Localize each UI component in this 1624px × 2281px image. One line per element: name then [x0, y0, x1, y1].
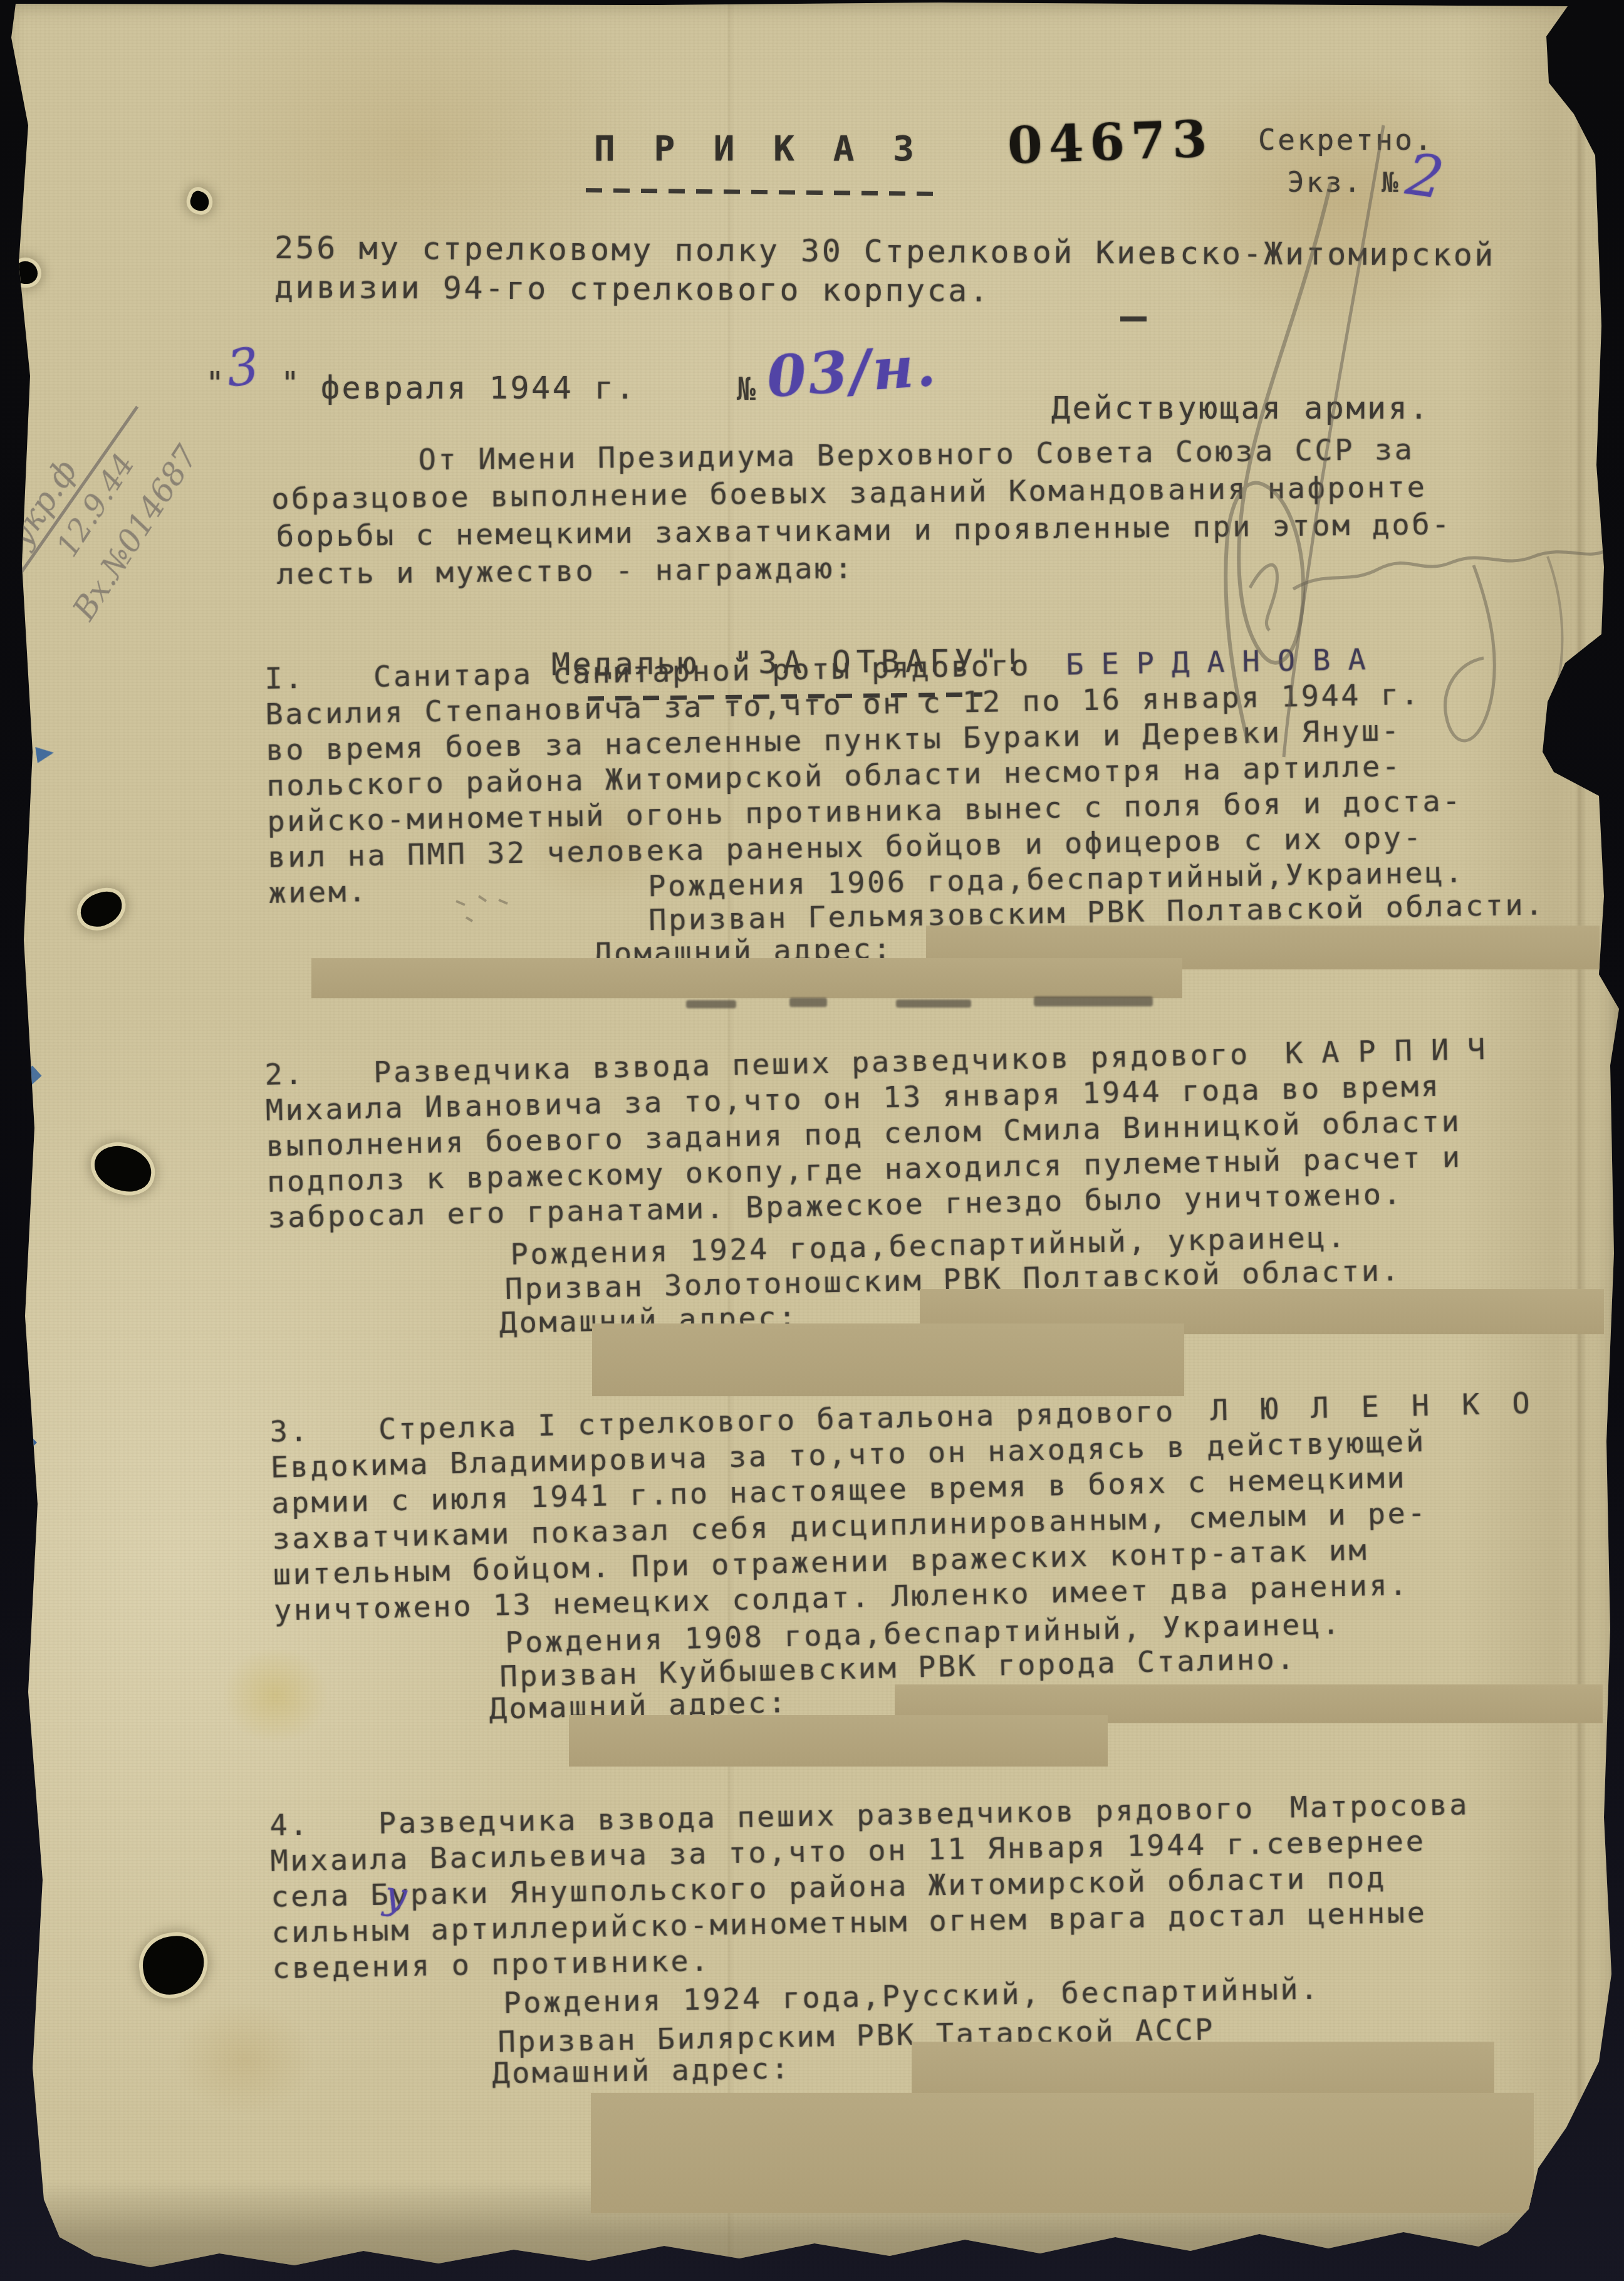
- order-number-handwritten: 03/н.: [765, 333, 940, 411]
- copy-number-handwritten: 2: [1402, 140, 1450, 212]
- item-4-number: 4.: [269, 1808, 310, 1843]
- item-1-number: I.: [264, 661, 305, 696]
- item-1-name: БЕРДАНОВА: [1066, 642, 1384, 682]
- item-2-gap: [304, 1082, 373, 1083]
- date-rest: февраля 1944 г.: [321, 370, 637, 406]
- item-3-name: ЛЮЛЕНКО: [1210, 1386, 1563, 1428]
- blue-diamond-mark: [16, 1432, 37, 1453]
- punch-hole: [15, 261, 38, 284]
- redaction-block: [591, 2093, 1534, 2213]
- item-4-name: Матросова: [1289, 1787, 1469, 1825]
- pencil-signature: [1548, 556, 1562, 684]
- title-underline: [586, 188, 937, 196]
- smudge-mark: [896, 1000, 971, 1008]
- item-2: 2.Разведчика взвода пеших разведчиков ря…: [0, 1030, 1623, 1063]
- pencil-signature: [1250, 565, 1277, 630]
- item-4-body-line: сведения о противнике.: [272, 1944, 710, 1986]
- paper-tear-hole: [188, 189, 212, 213]
- item-3-gap2: [1175, 1421, 1210, 1421]
- item-4: 4.Разведчика взвода пеших разведчиков ря…: [0, 1785, 1624, 1813]
- redaction-block: [311, 958, 1182, 998]
- redaction-block: [569, 1715, 1108, 1767]
- copy-label: Экз. №: [1288, 167, 1400, 199]
- item-3-gap: [310, 1439, 379, 1441]
- redaction-block: [592, 1323, 1184, 1396]
- punch-hole: [76, 887, 127, 931]
- blue-arrow-mark: [35, 744, 55, 763]
- order-title: П Р И К А З: [594, 128, 923, 169]
- pencil-signature: [1293, 551, 1604, 589]
- item-1-gap2: [1031, 675, 1066, 676]
- item-2-name: КАРПИЧ: [1284, 1032, 1504, 1071]
- addressee-line-2: дивизии 94-го стрелкового корпуса.: [274, 269, 991, 309]
- smudge-mark: [1034, 996, 1153, 1006]
- document-page: П Р И К А З 04673 Секретно. Экз. № 2 256…: [0, 0, 1624, 2281]
- smudge-mark: [686, 1000, 736, 1008]
- redaction-block: [912, 2042, 1494, 2101]
- stamp-number: 04673: [1006, 109, 1214, 175]
- army-note: Действующая армия.: [1051, 390, 1430, 426]
- item-1-gap: [304, 687, 373, 688]
- item-2-gap2: [1250, 1063, 1285, 1064]
- order-number-sign: №: [737, 371, 758, 407]
- item-1-body-line: жием.: [268, 874, 368, 911]
- smudge-mark: [789, 998, 827, 1007]
- preamble-line-1: От Имени Президиума Верховного Совета Со…: [418, 432, 1414, 478]
- blue-diamond-mark: [22, 1065, 41, 1085]
- item-4-gap2: [1255, 1817, 1290, 1818]
- item-1: I.Санитара санитарной роты рядовогоБЕРДА…: [0, 638, 1624, 666]
- item-3-number: 3.: [269, 1414, 310, 1449]
- preamble-line-4: лесть и мужество - награждаю:: [276, 551, 855, 592]
- punch-hole: [91, 1142, 155, 1196]
- addressee-dash: [1120, 316, 1147, 321]
- preamble: От Имени Президиума Верховного Совета Со…: [0, 0, 1624, 9]
- punch-hole: [139, 1933, 208, 1998]
- item-2-number: 2.: [264, 1057, 305, 1092]
- handwritten-correction: у: [382, 1871, 412, 1919]
- secrecy-label: Секретно.: [1258, 123, 1434, 157]
- addressee-line-1: 256 му стрелковому полку 30 Стрелковой К…: [274, 229, 1496, 273]
- pencil-specks: [456, 896, 507, 921]
- item-4-gap: [310, 1834, 378, 1835]
- item-4-address-label: Домашний адрес:: [492, 2051, 791, 2090]
- pencil-signature: [1445, 565, 1495, 741]
